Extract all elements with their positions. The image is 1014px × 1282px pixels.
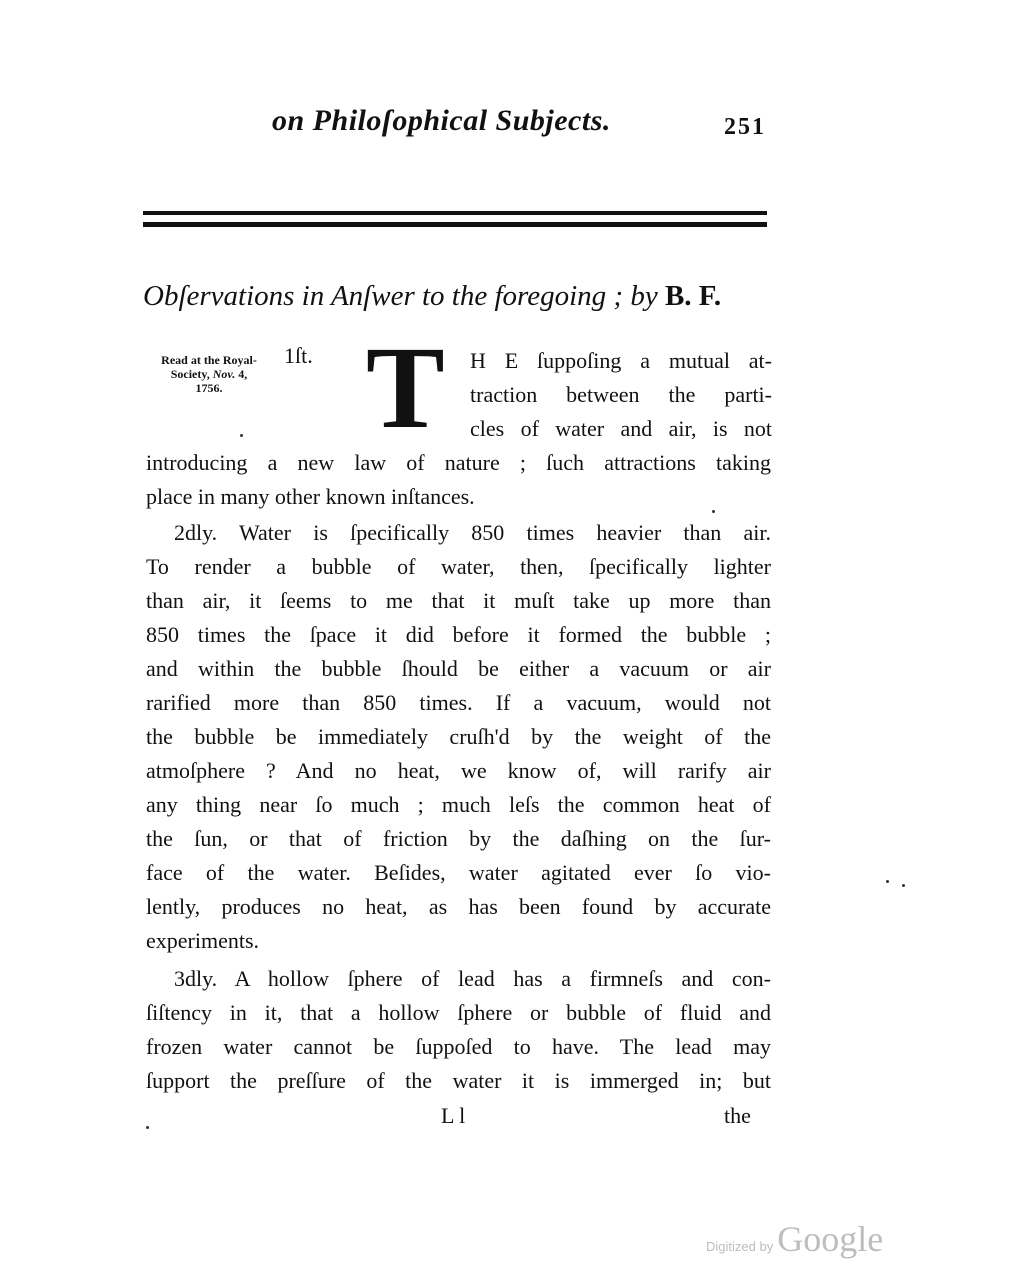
text-line: rarified more than 850 times. If a vacuu… xyxy=(146,686,771,720)
text-line: the bubble be immediately cruſh'd by the… xyxy=(146,720,771,754)
margin-sidenote: Read at the Royal- Society, Nov. 4, 1756… xyxy=(148,353,270,395)
text-line: place in many other known inſtances. xyxy=(146,480,771,514)
digitized-by-watermark: Digitized by Google xyxy=(706,1218,883,1260)
scan-speck xyxy=(146,1126,149,1129)
text-line: lently, produces no heat, as has been fo… xyxy=(146,890,771,924)
header-rule-bottom xyxy=(143,222,767,227)
text-line: ſupport the preſſure of the water it is … xyxy=(146,1064,771,1098)
text-line: atmoſphere ? And no heat, we know of, wi… xyxy=(146,754,771,788)
sidenote-line-2: Society, Nov. 4, xyxy=(148,367,270,381)
watermark-prefix: Digitized by xyxy=(706,1239,773,1254)
header-rule-top xyxy=(143,211,767,215)
text-line: H E ſuppoſing a mutual at- xyxy=(470,344,772,378)
text-line: traction between the parti- xyxy=(470,378,772,412)
scan-speck xyxy=(712,510,715,513)
text-line: 850 times the ſpace it did before it for… xyxy=(146,618,771,652)
text-line: experiments. xyxy=(146,924,771,958)
scan-speck xyxy=(240,434,243,437)
text-line: ſiſtency in it, that a hollow ſphere or … xyxy=(146,996,771,1030)
text-line: any thing near ſo much ; much leſs the c… xyxy=(146,788,771,822)
text-line: and within the bubble ſhould be either a… xyxy=(146,652,771,686)
drop-cap: T xyxy=(366,338,445,438)
article-title: Obſervations in Anſwer to the foregoing … xyxy=(143,280,721,313)
text-line: face of the water. Beſides, water agitat… xyxy=(146,856,771,890)
text-line: the ſun, or that of friction by the daſh… xyxy=(146,822,771,856)
text-line: introducing a new law of nature ; ſuch a… xyxy=(146,446,771,480)
text-line: To render a bubble of water, then, ſpeci… xyxy=(146,550,771,584)
text-line: cles of water and air, is not xyxy=(470,412,772,446)
text-line: 2dly. Water is ſpecifically 850 times he… xyxy=(146,516,771,550)
title-text: Obſervations in Anſwer to the foregoing … xyxy=(143,280,623,312)
running-head: on Philoſophical Subjects. xyxy=(272,104,611,138)
text-line: 3dly. A hollow ſphere of lead has a firm… xyxy=(146,962,771,996)
text-line: frozen water cannot be ſuppoſed to have.… xyxy=(146,1030,771,1064)
scan-speck xyxy=(886,880,889,883)
paragraph-3: 3dly. A hollow ſphere of lead has a firm… xyxy=(146,962,771,1098)
text-line: than air, it ſeems to me that it muſt ta… xyxy=(146,584,771,618)
byline: B. F. xyxy=(665,280,721,312)
paragraph-number-1: 1ſt. xyxy=(284,343,313,369)
paragraph-1: introducing a new law of nature ; ſuch a… xyxy=(146,446,771,514)
signature-mark: L l xyxy=(441,1103,465,1129)
google-logo: Google xyxy=(777,1219,883,1259)
scan-speck xyxy=(902,884,905,887)
sidenote-line-3: 1756. xyxy=(148,381,270,395)
paragraph-1-indented: H E ſuppoſing a mutual at- traction betw… xyxy=(470,344,772,446)
catchword: the xyxy=(724,1103,751,1129)
sidenote-line-1: Read at the Royal- xyxy=(148,353,270,367)
page-number: 251 xyxy=(724,114,766,141)
byline-prefix: by xyxy=(630,280,657,312)
paragraph-2: 2dly. Water is ſpecifically 850 times he… xyxy=(146,516,771,958)
